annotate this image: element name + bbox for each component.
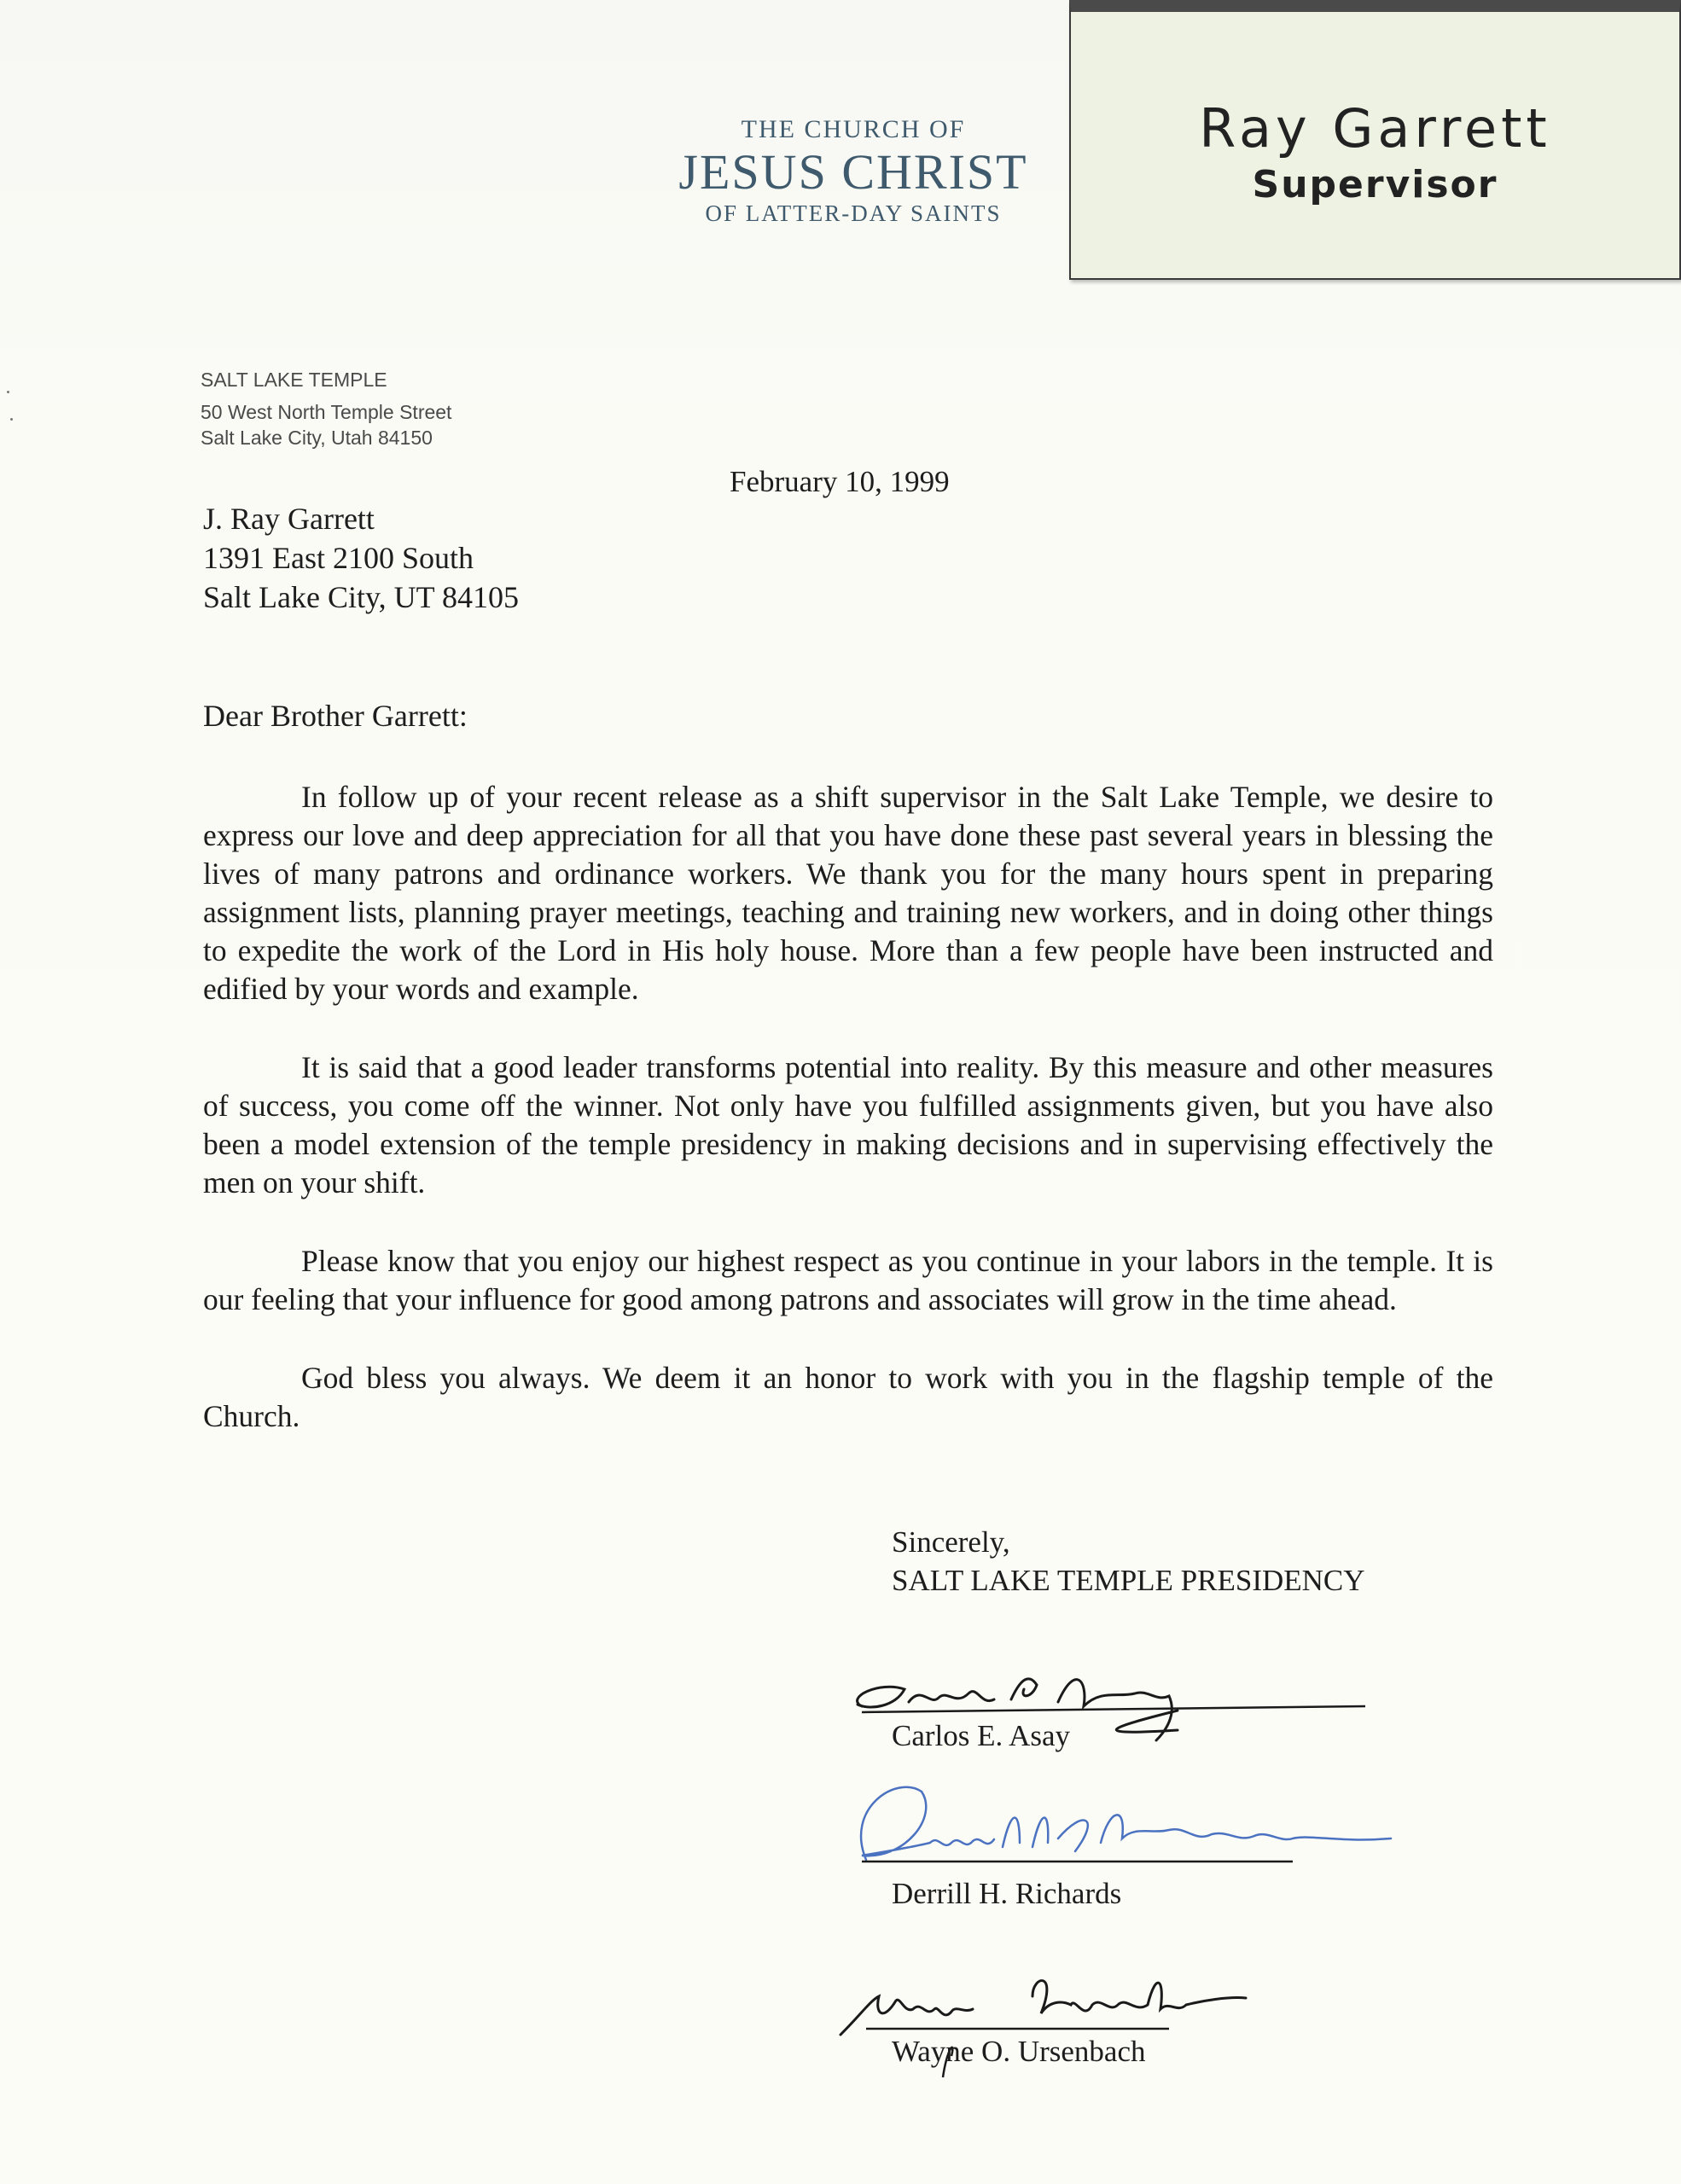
signature-block-ursenbach: Wayne O. Ursenbach — [828, 1962, 1425, 2073]
letter-body: In follow up of your recent release as a… — [203, 778, 1493, 1476]
scan-speck — [10, 418, 13, 421]
return-address: SALT LAKE TEMPLE 50 West North Temple St… — [201, 367, 451, 450]
closing-block: Sincerely, SALT LAKE TEMPLE PRESIDENCY — [892, 1523, 1365, 1600]
body-paragraph: God bless you always. We deem it an hono… — [203, 1359, 1493, 1436]
body-paragraph: Please know that you enjoy our highest r… — [203, 1242, 1493, 1319]
return-address-organization: SALT LAKE TEMPLE — [201, 367, 451, 392]
signature-block-richards: Derrill H. Richards — [828, 1757, 1425, 1868]
closing-group: SALT LAKE TEMPLE PRESIDENCY — [892, 1561, 1365, 1600]
scan-speck — [7, 391, 9, 393]
return-address-city: Salt Lake City, Utah 84150 — [201, 425, 451, 450]
church-letterhead: THE CHURCH OF JESUS CHRIST OF LATTER-DAY… — [649, 115, 1058, 227]
name-tag-title: Supervisor — [1071, 163, 1679, 206]
recipient-street: 1391 East 2100 South — [203, 538, 519, 578]
signature-ursenbach-icon — [828, 1962, 1425, 2090]
body-paragraph: In follow up of your recent release as a… — [203, 778, 1493, 1008]
recipient-address: J. Ray Garrett 1391 East 2100 South Salt… — [203, 499, 519, 617]
signatory-name: Derrill H. Richards — [892, 1877, 1121, 1911]
salutation: Dear Brother Garrett: — [203, 698, 468, 734]
signatory-name: Wayne O. Ursenbach — [892, 2035, 1145, 2069]
recipient-city: Salt Lake City, UT 84105 — [203, 578, 519, 617]
letterhead-line-1: THE CHURCH OF — [649, 115, 1058, 144]
name-tag: Ray Garrett Supervisor — [1069, 0, 1681, 280]
body-paragraph: It is said that a good leader transforms… — [203, 1048, 1493, 1202]
name-tag-name: Ray Garrett — [1071, 97, 1679, 160]
letterhead-line-3: OF LATTER-DAY SAINTS — [649, 200, 1058, 227]
signature-block-asay: Carlos E. Asay — [828, 1647, 1425, 1757]
signatory-name: Carlos E. Asay — [892, 1719, 1070, 1753]
letter-date: February 10, 1999 — [730, 465, 950, 499]
letterhead-line-2: JESUS CHRIST — [649, 146, 1058, 199]
recipient-name: J. Ray Garrett — [203, 499, 519, 538]
return-address-street: 50 West North Temple Street — [201, 399, 451, 425]
valediction: Sincerely, — [892, 1523, 1365, 1561]
